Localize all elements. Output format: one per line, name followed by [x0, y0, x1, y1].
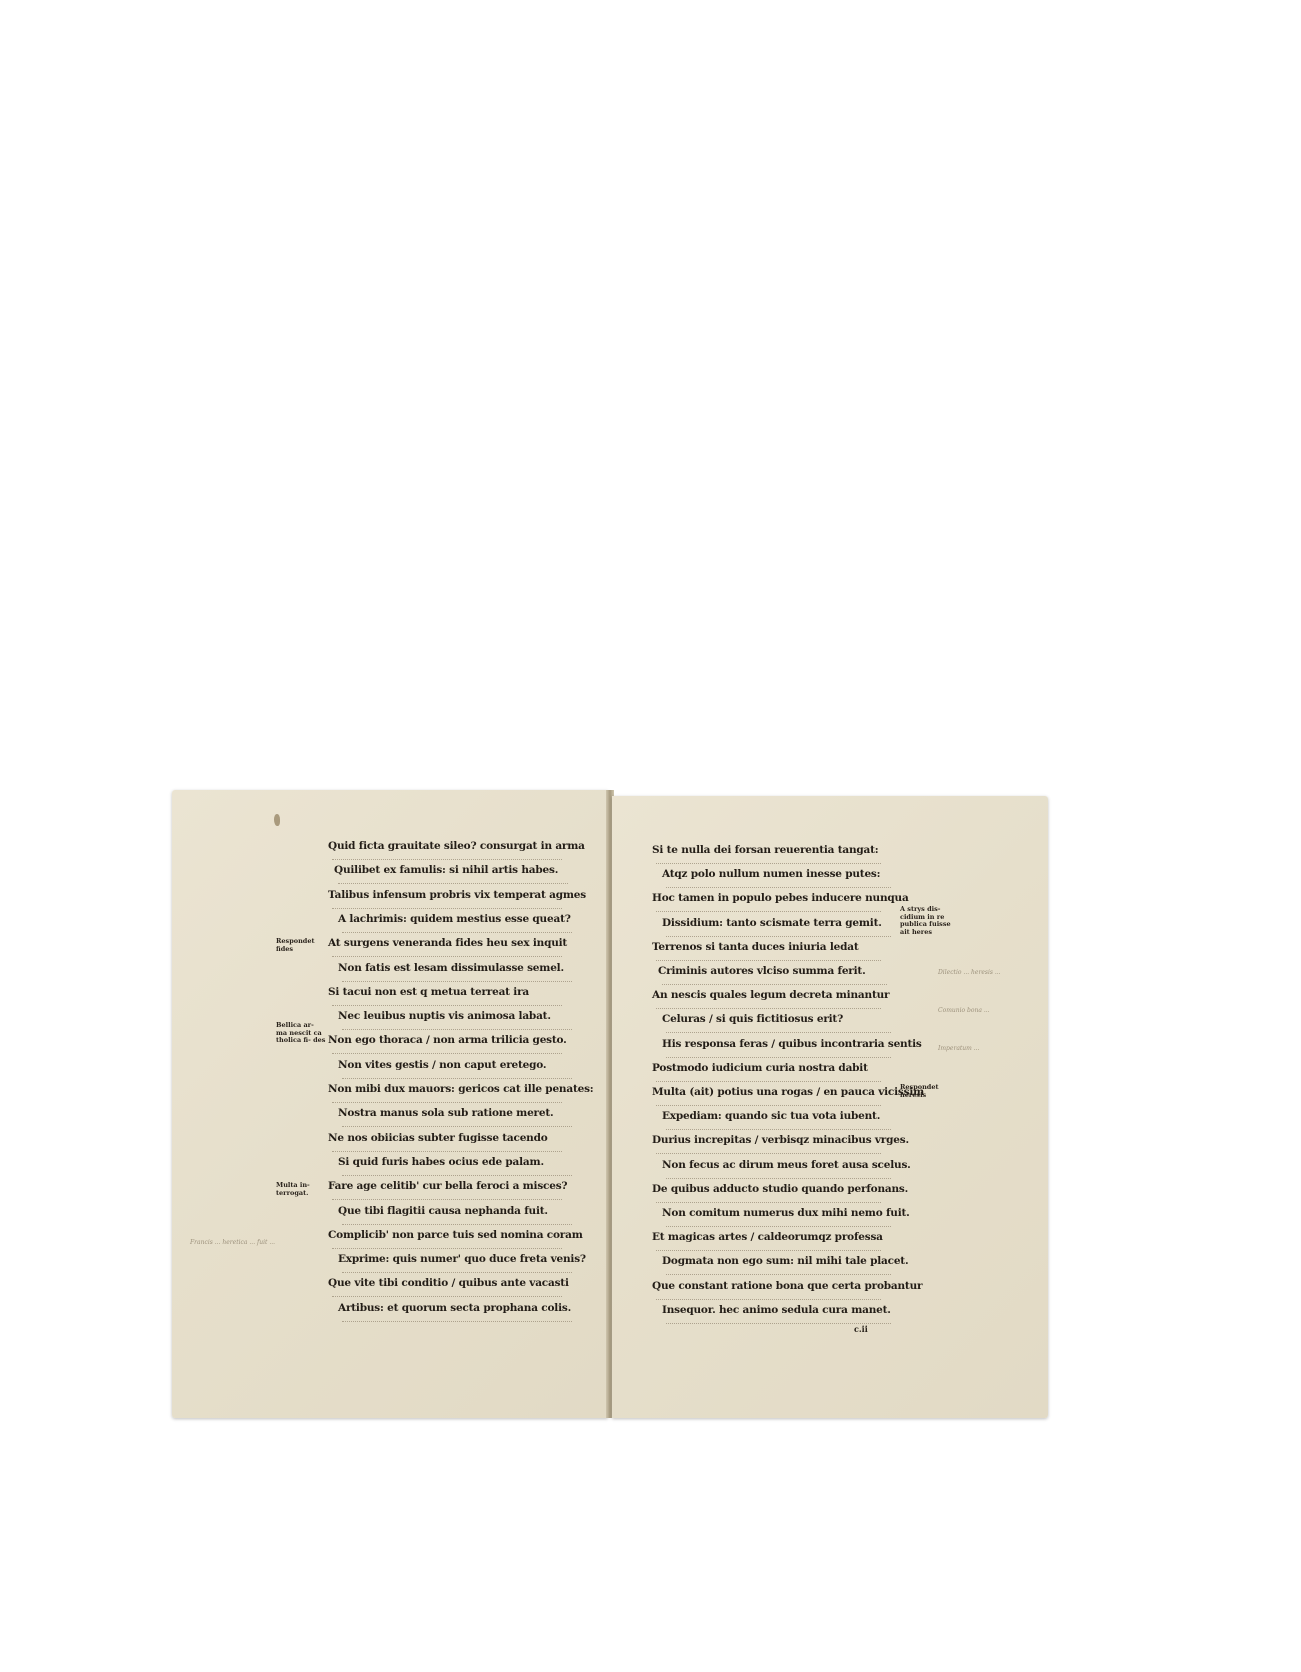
interlinear-gloss: [342, 1072, 572, 1079]
text-line: Terrenos si tanta duces iniuria ledat: [652, 941, 859, 953]
ink-blot: [274, 814, 280, 826]
interlinear-gloss: [332, 1096, 562, 1103]
marginal-note: A strys dis- cidium in re publica fuisse…: [900, 906, 960, 936]
text-line: Fare age celitib' cur bella feroci a mis…: [328, 1180, 567, 1192]
interlinear-gloss: [342, 1169, 572, 1176]
manuscript-note: Francis ... heretica ... fuit ...: [190, 1238, 320, 1247]
interlinear-gloss: [656, 1196, 881, 1203]
interlinear-gloss: [656, 1293, 881, 1300]
interlinear-gloss: [342, 1315, 572, 1322]
interlinear-gloss: [656, 905, 881, 912]
text-line: Si te nulla dei forsan reuerentia tangat…: [652, 844, 878, 856]
interlinear-gloss: [332, 853, 562, 860]
manuscript-note: Imperatum ...: [938, 1044, 1044, 1053]
interlinear-gloss: [662, 978, 887, 985]
right-page: Si te nulla dei forsan reuerentia tangat…: [612, 796, 1048, 1418]
interlinear-gloss: [656, 1244, 881, 1251]
manuscript-note: Dilectio ... heresis ...: [938, 968, 1044, 977]
interlinear-gloss: [332, 1290, 562, 1297]
interlinear-gloss: [342, 1266, 572, 1273]
text-line: His responsa feras / quibus incontraria …: [662, 1038, 922, 1050]
text-line: Quid ficta grauitate sileo? consurgat in…: [328, 840, 585, 852]
text-line: Et magicas artes / caldeorumqz professa: [652, 1231, 883, 1243]
interlinear-gloss: [332, 1242, 562, 1249]
interlinear-gloss: [338, 877, 568, 884]
text-line: Talibus infensum probris vix temperat ag…: [328, 889, 586, 901]
manuscript-note: Comunio bona ...: [938, 1006, 1044, 1015]
text-line: Complicib' non parce tuis sed nomina cor…: [328, 1229, 583, 1241]
interlinear-gloss: [342, 1120, 572, 1127]
interlinear-gloss: [332, 999, 562, 1006]
interlinear-gloss: [656, 1147, 881, 1154]
interlinear-gloss: [666, 1220, 891, 1227]
text-line: Dissidium: tanto scismate terra gemit.: [662, 917, 882, 929]
text-line: Que tibi flagitii causa nephanda fuit.: [338, 1205, 548, 1217]
text-line: Non comitum numerus dux mihi nemo fuit.: [662, 1207, 910, 1219]
text-line: Quilibet ex famulis: si nihil artis habe…: [334, 864, 558, 876]
text-line: A lachrimis: quidem mestius esse queat?: [338, 913, 571, 925]
text-line: Celuras / si quis fictitiosus erit?: [662, 1013, 843, 1025]
text-line: Atqz polo nullum numen inesse putes:: [662, 868, 880, 880]
text-line: Si quid furis habes ocius ede palam.: [338, 1156, 544, 1168]
interlinear-gloss: [666, 930, 891, 937]
text-line: Que vite tibi conditio / quibus ante vac…: [328, 1277, 569, 1289]
marginal-note: Respondet heresis: [900, 1084, 960, 1099]
interlinear-gloss: [666, 1268, 891, 1275]
text-line: Postmodo iudicium curia nostra dabit: [652, 1062, 868, 1074]
text-line: Si tacui non est q metua terreat ira: [328, 986, 529, 998]
interlinear-gloss: [342, 1218, 572, 1225]
interlinear-gloss: [332, 1047, 562, 1054]
text-line: Durius increpitas / verbisqz minacibus v…: [652, 1134, 909, 1146]
interlinear-gloss: [666, 1172, 891, 1179]
text-line: De quibus adducto studio quando perfonan…: [652, 1183, 908, 1195]
text-line: Multa (ait) potius una rogas / en pauca …: [652, 1086, 924, 1098]
interlinear-gloss: [666, 1123, 891, 1130]
text-line: Nostra manus sola sub ratione meret.: [338, 1107, 553, 1119]
interlinear-gloss: [656, 1075, 881, 1082]
interlinear-gloss: [656, 1002, 881, 1009]
text-line: An nescis quales legum decreta minantur: [652, 989, 889, 1001]
interlinear-gloss: [666, 881, 891, 888]
text-line: Non vites gestis / non caput eretego.: [338, 1059, 546, 1071]
interlinear-gloss: [666, 1051, 891, 1058]
interlinear-gloss: [342, 1023, 572, 1030]
interlinear-gloss: [656, 1099, 881, 1106]
text-line: At surgens veneranda fides heu sex inqui…: [328, 937, 567, 949]
interlinear-gloss: [656, 857, 881, 864]
interlinear-gloss: [666, 1026, 891, 1033]
interlinear-gloss: [332, 902, 562, 909]
text-line: Non fecus ac dirum meus foret ausa scelu…: [662, 1159, 911, 1171]
text-line: Non fatis est lesam dissimulasse semel.: [338, 962, 564, 974]
text-line: Insequor. hec animo sedula cura manet.: [662, 1304, 891, 1316]
interlinear-gloss: [332, 1193, 562, 1200]
text-line: Nec leuibus nuptis vis animosa labat.: [338, 1010, 551, 1022]
text-line: Expediam: quando sic tua vota iubent.: [662, 1110, 880, 1122]
folio-signature: c.ii: [854, 1324, 868, 1334]
interlinear-gloss: [342, 926, 572, 933]
marginal-note: Multa in- terrogat.: [276, 1182, 326, 1197]
text-line: Artibus: et quorum secta prophana colis.: [338, 1302, 571, 1314]
text-line: Non mibi dux mauors: gericos cat ille pe…: [328, 1083, 593, 1095]
text-line: Non ego thoraca / non arma trilicia gest…: [328, 1034, 567, 1046]
open-book: Quid ficta grauitate sileo? consurgat in…: [170, 790, 1050, 1422]
left-page: Quid ficta grauitate sileo? consurgat in…: [172, 790, 608, 1418]
interlinear-gloss: [332, 950, 562, 957]
interlinear-gloss: [666, 1317, 891, 1324]
interlinear-gloss: [656, 954, 881, 961]
text-line: Dogmata non ego sum: nil mihi tale place…: [662, 1255, 908, 1267]
text-line: Que constant ratione bona que certa prob…: [652, 1280, 922, 1292]
interlinear-gloss: [342, 975, 572, 982]
interlinear-gloss: [332, 1145, 562, 1152]
text-line: Hoc tamen in populo pebes inducere nunqu…: [652, 892, 909, 904]
marginal-note: Respondet fides: [276, 938, 326, 953]
text-line: Exprime: quis numer' quo duce freta veni…: [338, 1253, 586, 1265]
text-line: Ne nos obiicias subter fugisse tacendo: [328, 1132, 548, 1144]
text-line: Criminis autores vlciso summa ferit.: [658, 965, 866, 977]
marginal-note: Bellica ar- ma nescit ca tholica fi- des: [276, 1022, 326, 1045]
